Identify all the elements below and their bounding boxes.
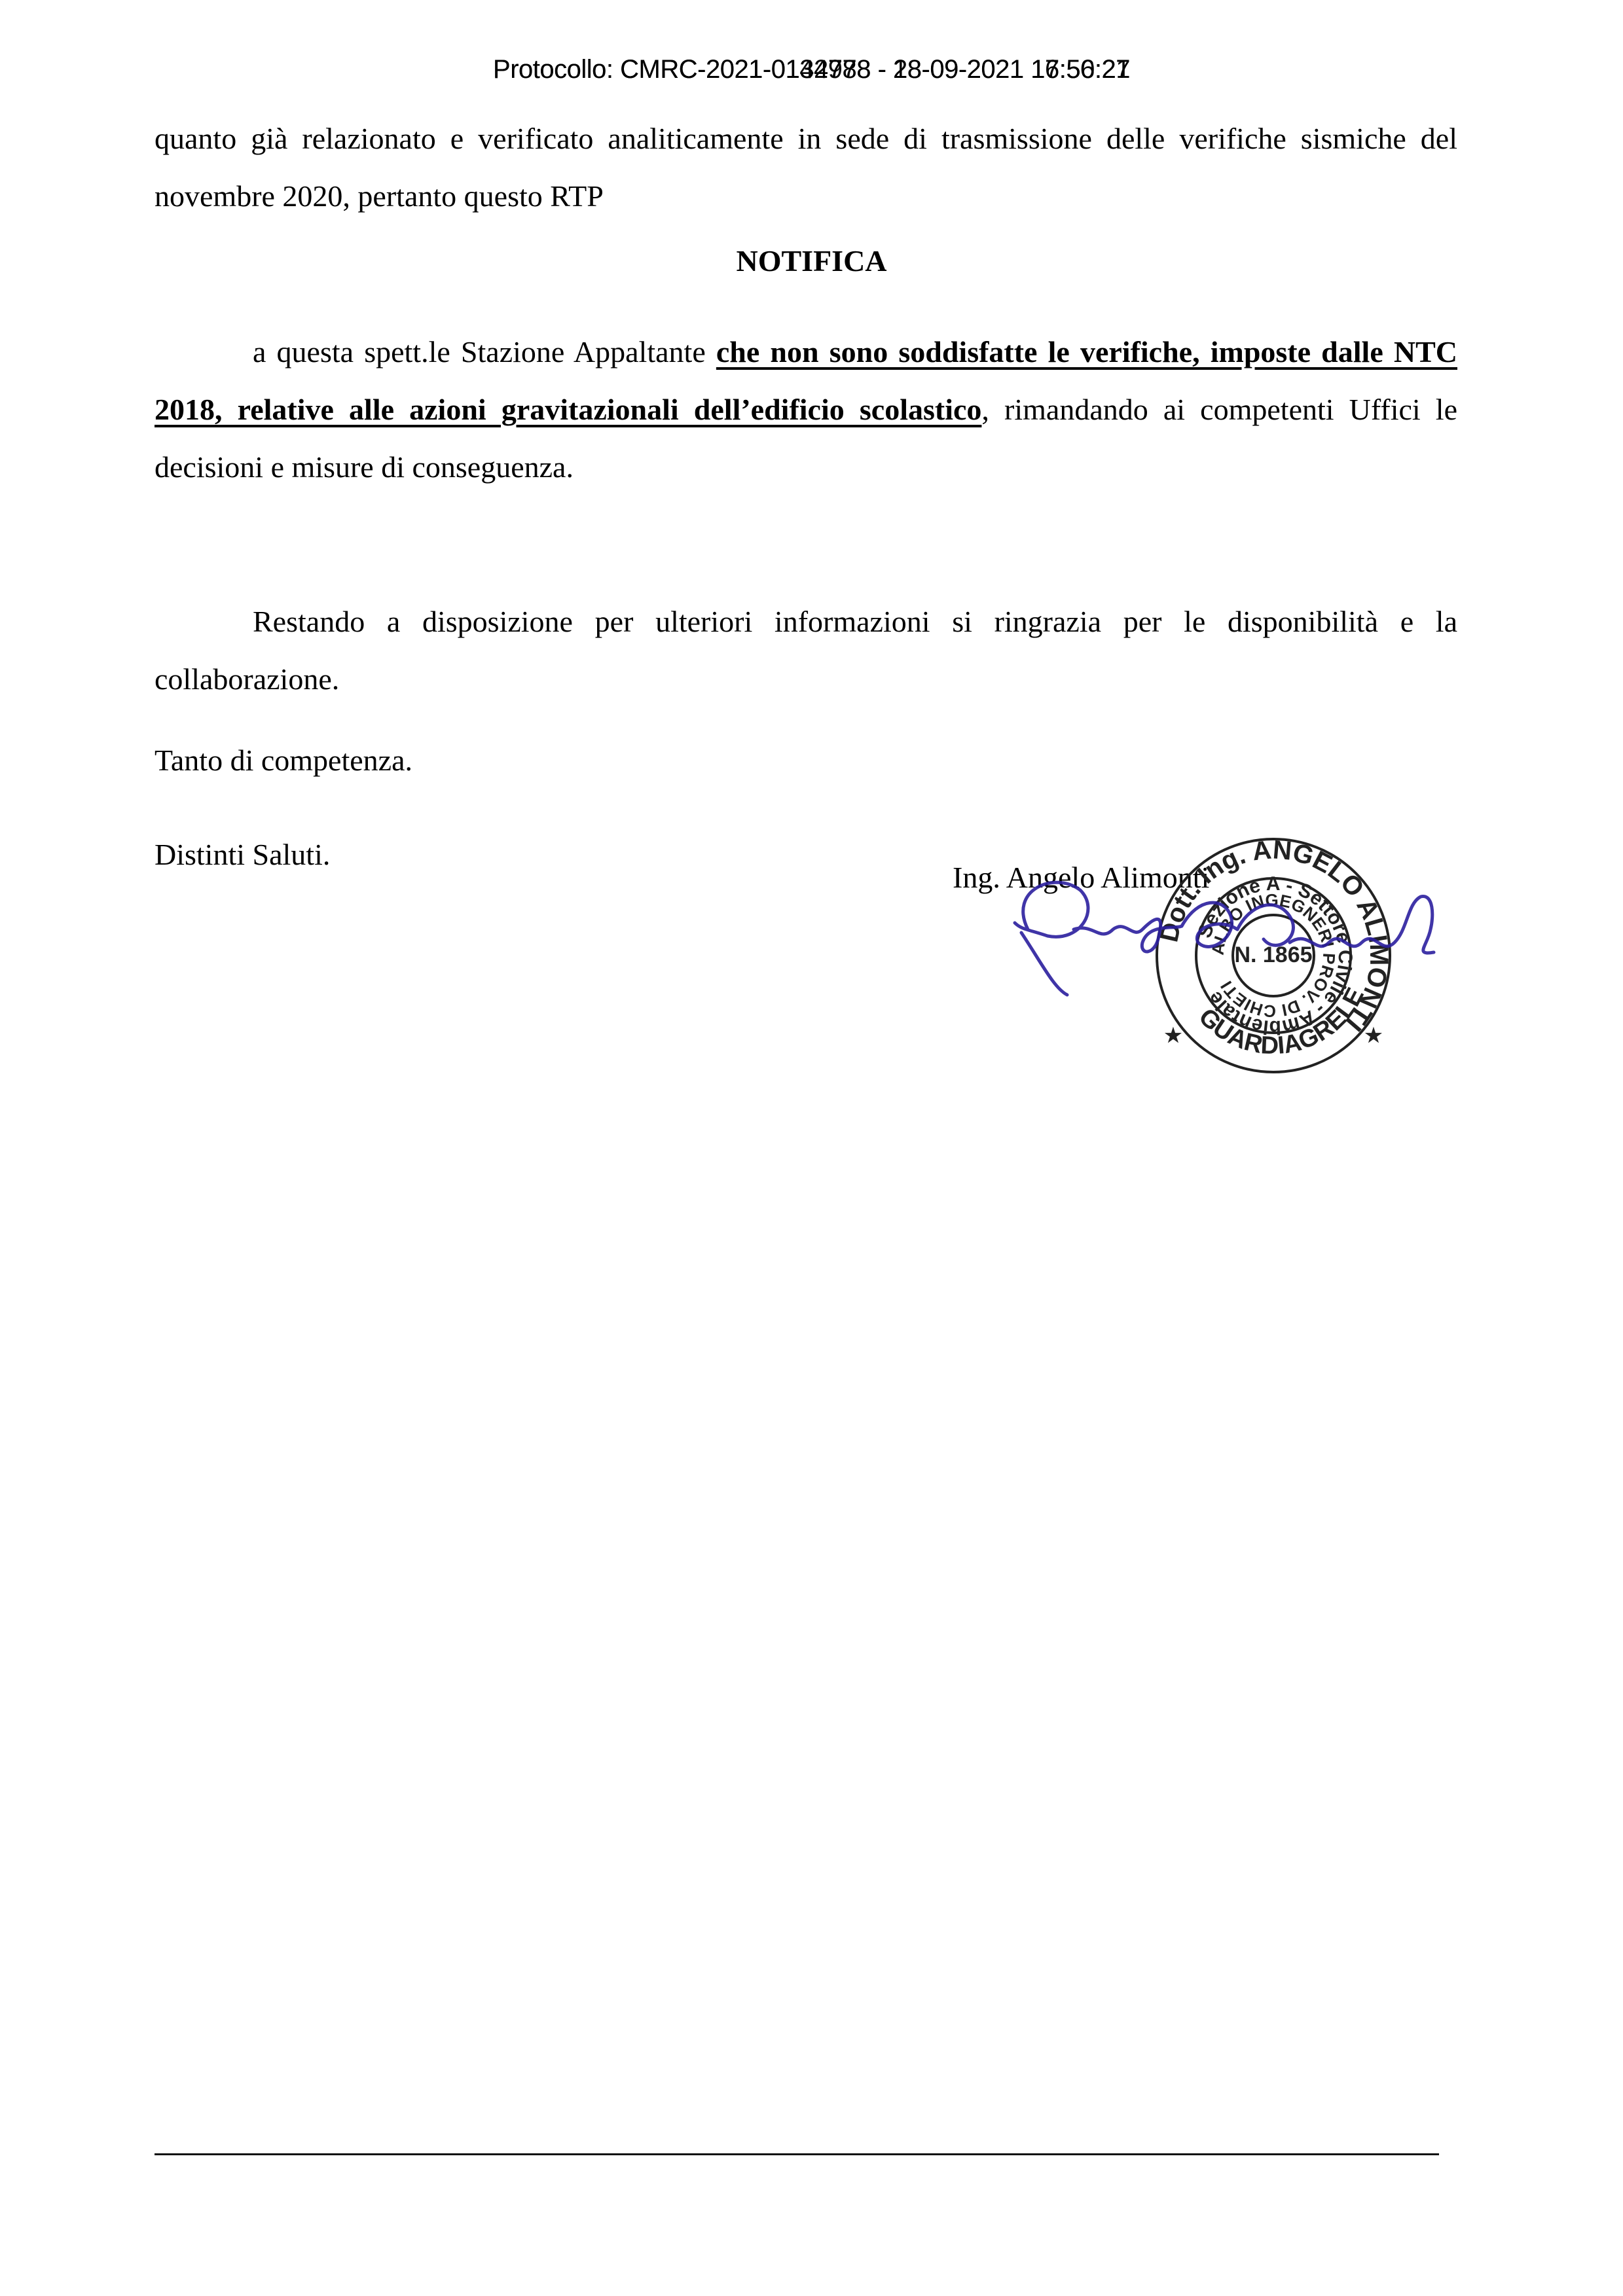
stamp-star-right: ★ (1365, 1025, 1383, 1047)
stamp-and-signature: Dott. Ing. ANGELO ALIMONTI Sezione A - S… (1002, 831, 1460, 1080)
paragraph-competence: Tanto di competenza. (155, 732, 1457, 789)
document-page: Protocollo: CMRC-2021-0134788 - 28-09-20… (0, 0, 1623, 2296)
notification-prefix: a questa spett.le Stazione Appaltante (253, 335, 716, 368)
notification-heading: NOTIFICA (0, 243, 1623, 278)
paragraph-notification: a questa spett.le Stazione Appaltante ch… (155, 323, 1457, 496)
protocol-stamp-secondary: Protocollo: CMRC-2021-0142978 - 18-09-20… (0, 55, 1623, 84)
signature-block: Dott. Ing. ANGELO ALIMONTI Sezione A - S… (1002, 831, 1460, 1080)
stamp-star-left: ★ (1165, 1025, 1182, 1047)
footer-divider (155, 2153, 1439, 2155)
paragraph-context: quanto già relazionato e verificato anal… (155, 110, 1457, 225)
paragraph-thanks: Restando a disposizione per ulteriori in… (155, 593, 1457, 708)
